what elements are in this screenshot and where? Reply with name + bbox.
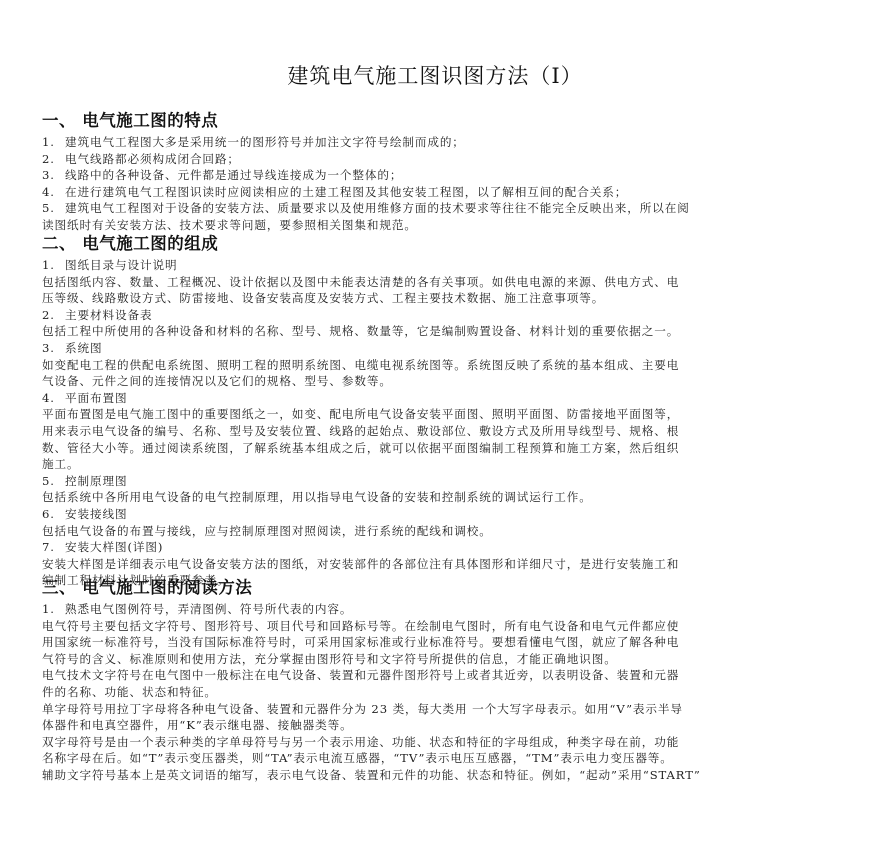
paragraph-line: 名称字母在后。如“T”表示变压器类，则“TA”表示电流互感器，“TV”表示电压互…: [42, 750, 828, 767]
document-title: 建筑电气施工图识图方法（I）: [42, 60, 828, 90]
list-item: 1.建筑电气工程图大多是采用统一的图形符号并加注文字符号绘制而成的；: [42, 134, 828, 151]
paragraph-line: 电气符号主要包括文字符号、图形符号、项目代号和回路标号等。在绘制电气图时，所有电…: [42, 618, 828, 635]
section-heading: 三、 电气施工图的阅读方法: [42, 577, 828, 599]
paragraph-line: 压等级、线路敷设方式、防雷接地、设备安装高度及安装方式、工程主要技术数据、施工注…: [42, 290, 828, 307]
paragraph-line: 电气技术文字符号在电气图中一般标注在电气设备、装置和元器件图形符号上或者其近旁，…: [42, 667, 828, 684]
section-reading-method: 三、 电气施工图的阅读方法 1.熟悉电气图例符号，弄清图例、符号所代表的内容。 …: [42, 577, 828, 784]
subsection-title: 6.安装接线图: [42, 506, 828, 523]
section-characteristics: 一、 电气施工图的特点 1.建筑电气工程图大多是采用统一的图形符号并加注文字符号…: [42, 110, 828, 234]
paragraph-line: 包括系统中各所用电气设备的电气控制原理，用以指导电气设备的安装和控制系统的调试运…: [42, 489, 828, 506]
section-heading: 一、 电气施工图的特点: [42, 110, 828, 132]
list-item: 3.线路中的各种设备、元件都是通过导线连接成为一个整体的；: [42, 167, 828, 184]
paragraph-line: 数、管径大小等。通过阅读系统图，了解系统基本组成之后，就可以依据平面图编制工程预…: [42, 440, 828, 457]
subsection-title: 2.主要材料设备表: [42, 307, 828, 324]
paragraph-line: 用来表示电气设备的编号、名称、型号及安装位置、线路的起始点、敷设部位、敷设方式及…: [42, 423, 828, 440]
paragraph-line: 气符号的含义、标准原则和使用方法，充分掌握由图形符号和文字符号所提供的信息，才能…: [42, 651, 828, 668]
paragraph-line: 包括图纸内容、数量、工程概况、设计依据以及图中未能表达清楚的各有关事项。如供电电…: [42, 274, 828, 291]
paragraph-line: 施工。: [42, 456, 828, 473]
subsection-title: 1.图纸目录与设计说明: [42, 257, 828, 274]
paragraph-line: 用国家统一标准符号，当没有国际标准符号时，可采用国家标准或行业标准符号。要想看懂…: [42, 634, 828, 651]
list-item: 2.电气线路都必须构成闭合回路；: [42, 151, 828, 168]
paragraph-line: 气设备、元件之间的连接情况以及它们的规格、型号、参数等。: [42, 373, 828, 390]
subsection-title: 4.平面布置图: [42, 390, 828, 407]
paragraph-line: 安装大样图是详细表示电气设备安装方法的图纸，对安装部件的各部位注有具体图形和详细…: [42, 556, 828, 573]
section-heading: 二、 电气施工图的组成: [42, 233, 828, 255]
subsection-title: 7.安装大样图(详图): [42, 539, 828, 556]
subsection-title: 3.系统图: [42, 340, 828, 357]
subsection-title: 1.熟悉电气图例符号，弄清图例、符号所代表的内容。: [42, 601, 828, 618]
paragraph-line: 包括工程中所使用的各种设备和材料的名称、型号、规格、数量等，它是编制购置设备、材…: [42, 323, 828, 340]
paragraph-line: 平面布置图是电气施工图中的重要图纸之一，如变、配电所电气设备安装平面图、照明平面…: [42, 406, 828, 423]
paragraph-line: 包括电气设备的布置与接线，应与控制原理图对照阅读，进行系统的配线和调校。: [42, 523, 828, 540]
list-item: 4.在进行建筑电气工程图识读时应阅读相应的土建工程图及其他安装工程图，以了解相互…: [42, 184, 828, 201]
subsection-title: 5.控制原理图: [42, 473, 828, 490]
section-composition: 二、 电气施工图的组成 1.图纸目录与设计说明 包括图纸内容、数量、工程概况、设…: [42, 233, 828, 589]
paragraph-line: 如变配电工程的供配电系统图、照明工程的照明系统图、电缆电视系统图等。系统图反映了…: [42, 357, 828, 374]
paragraph-line: 件的名称、功能、状态和特征。: [42, 684, 828, 701]
list-item: 5.建筑电气工程图对于设备的安装方法、质量要求以及使用维修方面的技术要求等往往不…: [42, 200, 828, 217]
paragraph-line: 双字母符号是由一个表示种类的字单母符号与另一个表示用途、功能、状态和特征的字母组…: [42, 734, 828, 751]
paragraph-line: 辅助文字符号基本上是英文词语的缩写，表示电气设备、装置和元件的功能、状态和特征。…: [42, 767, 828, 784]
list-item-continuation: 读图纸时有关安装方法、技术要求等问题，要参照相关图集和规范。: [42, 217, 828, 234]
paragraph-line: 单字母符号用拉丁字母将各种电气设备、装置和元器件分为 23 类，每大类用 一个大…: [42, 701, 828, 718]
paragraph-line: 体器件和电真空器件，用“K”表示继电器、接触器类等。: [42, 717, 828, 734]
